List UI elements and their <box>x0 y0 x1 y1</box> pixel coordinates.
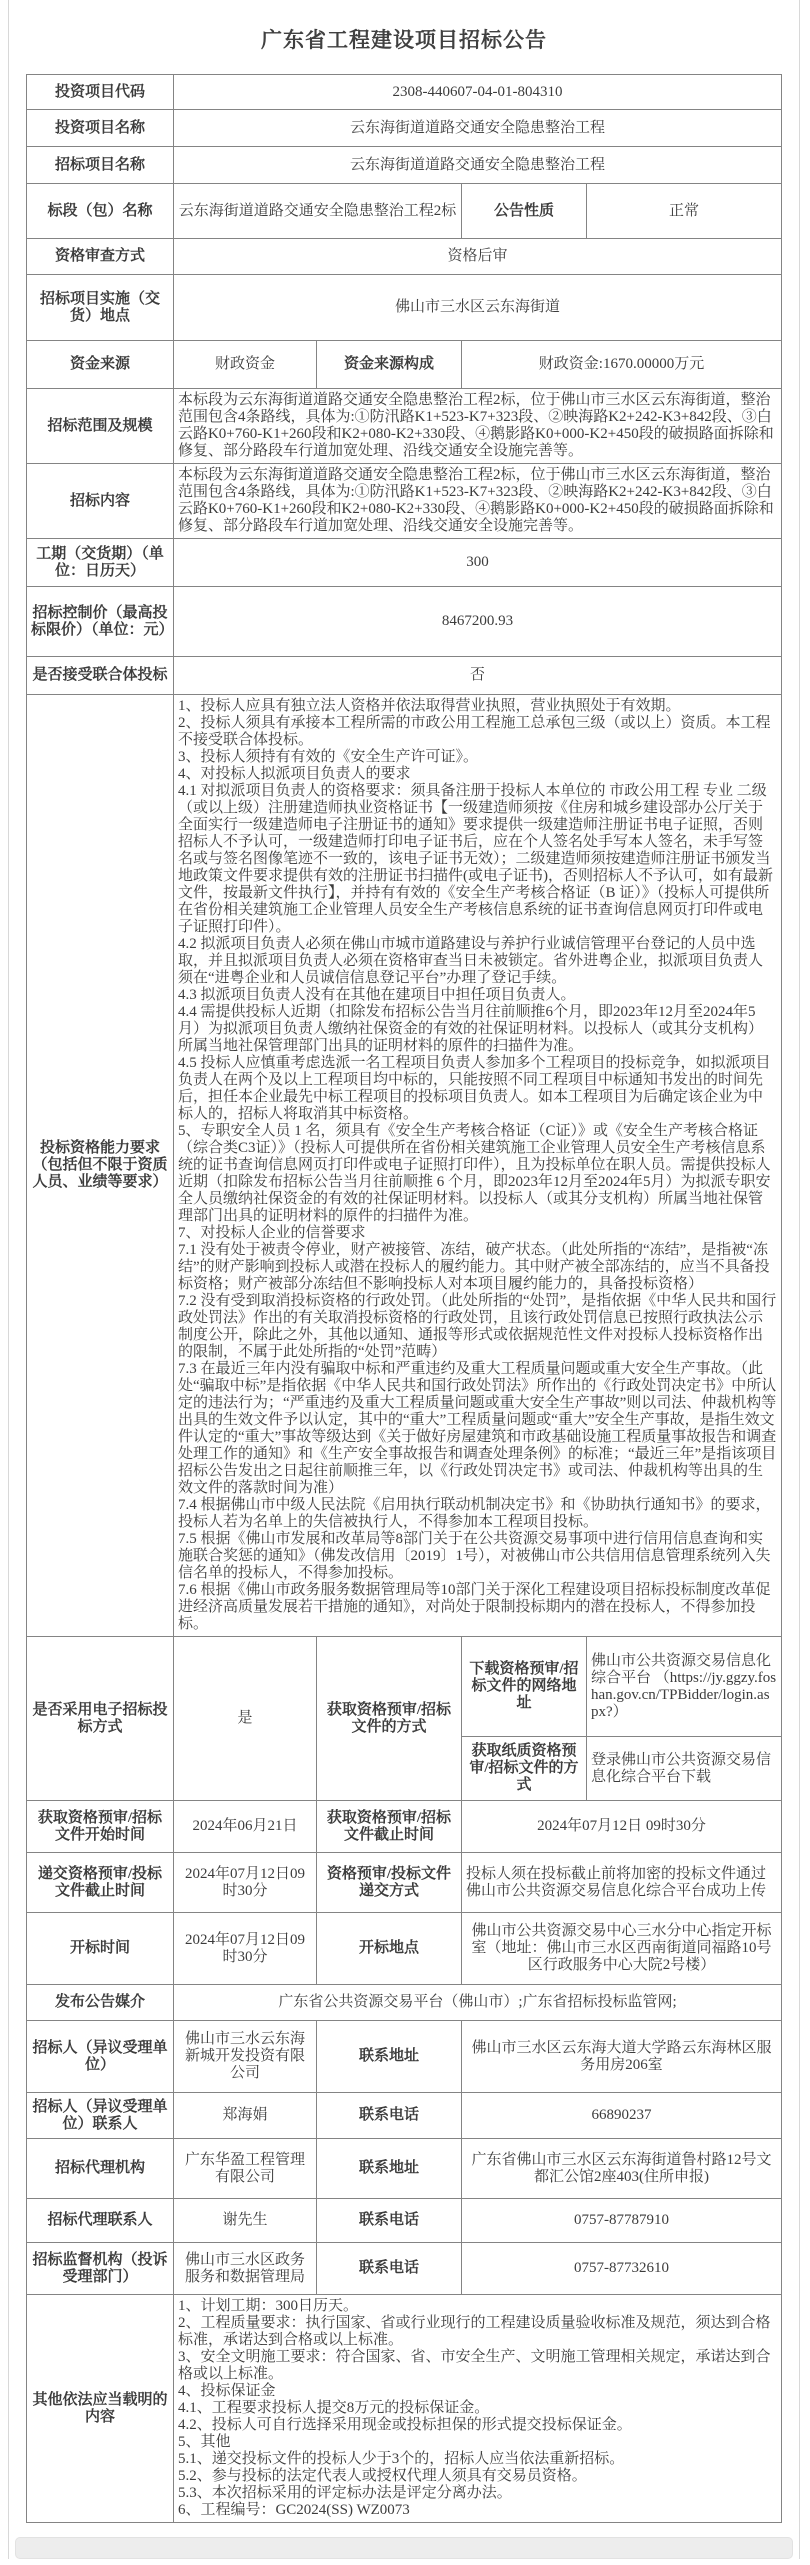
tenderer-addr-value: 佛山市三水区云东海大道大学路云东海林区服务用房206室 <box>461 2021 781 2093</box>
tenderer-addr-label: 联系地址 <box>316 2021 461 2093</box>
invest-name-label: 投资项目名称 <box>26 110 173 147</box>
table-row: 招标人（异议受理单位） 佛山市三水云东海新城开发投资有限公司 联系地址 佛山市三… <box>26 2021 781 2093</box>
submit-end-label: 递交资格预审/投标文件截止时间 <box>26 1853 173 1913</box>
obtain-start-value: 2024年06月21日 <box>173 1801 316 1853</box>
agency-phone-label: 联系电话 <box>316 2199 461 2243</box>
submit-method-label: 资格预审/投标文件递交方式 <box>316 1853 461 1913</box>
table-row: 发布公告媒介 广东省公共资源交易平台（佛山市）;广东省招标投标监管网; <box>26 1985 781 2021</box>
qualification-value: 1、投标人应具有独立法人资格并依法取得营业执照，营业执照处于有效期。 2、投标人… <box>173 695 781 1637</box>
page-footer-bar <box>15 2537 793 2559</box>
ceiling-price-value: 8467200.93 <box>173 587 781 657</box>
fund-source-value: 财政资金 <box>173 341 316 389</box>
agency-addr-label: 联系地址 <box>316 2139 461 2199</box>
page-title: 广东省工程建设项目招标公告 <box>9 24 799 54</box>
invest-code-label: 投资项目代码 <box>26 75 173 110</box>
supervisor-phone-label: 联系电话 <box>316 2243 461 2295</box>
notice-nature-value: 正常 <box>586 184 781 239</box>
open-place-value: 佛山市公共资源交易中心三水分中心指定开标室（地址：佛山市三水区西南街道同福路10… <box>461 1913 781 1985</box>
invest-code-value: 2308-440607-04-01-804310 <box>173 75 781 110</box>
submit-method-value: 投标人须在投标截止前将加密的投标文件通过佛山市公共资源交易信息化综合平台成功上传 <box>461 1853 781 1913</box>
table-row: 招标代理联系人 谢先生 联系电话 0757-87787910 <box>26 2199 781 2243</box>
supervisor-phone-value: 0757-87732610 <box>461 2243 781 2295</box>
agency-phone-value: 0757-87787910 <box>461 2199 781 2243</box>
obtain-method-label: 获取资格预审/招标文件的方式 <box>316 1637 461 1801</box>
agency-label: 招标代理机构 <box>26 2139 173 2199</box>
open-time-label: 开标时间 <box>26 1913 173 1985</box>
table-row: 开标时间 2024年07月12日09时30分 开标地点 佛山市公共资源交易中心三… <box>26 1913 781 1985</box>
media-label: 发布公告媒介 <box>26 1985 173 2021</box>
table-row: 招标项目名称 云东海街道道路交通安全隐患整治工程 <box>26 147 781 184</box>
table-row: 资格审查方式 资格后审 <box>26 239 781 275</box>
table-row: 投资项目代码 2308-440607-04-01-804310 <box>26 75 781 110</box>
scope-value: 本标段为云东海街道道路交通安全隐患整治工程2标，位于佛山市三水区云东海街道，整治… <box>173 389 781 464</box>
agency-contact-label: 招标代理联系人 <box>26 2199 173 2243</box>
duration-label: 工期（交货期）（单位：日历天） <box>26 539 173 587</box>
obtain-start-label: 获取资格预审/招标文件开始时间 <box>26 1801 173 1853</box>
tenderer-contact-value: 郑海娟 <box>173 2093 316 2139</box>
paper-method-value: 登录佛山市公共资源交易信息化综合平台下载 <box>586 1737 781 1801</box>
scope-label: 招标范围及规模 <box>26 389 173 464</box>
fund-composition-label: 资金来源构成 <box>316 341 461 389</box>
location-label: 招标项目实施（交货）地点 <box>26 275 173 341</box>
fund-source-label: 资金来源 <box>26 341 173 389</box>
tenderer-contact-label: 招标人（异议受理单位）联系人 <box>26 2093 173 2139</box>
tenderer-value: 佛山市三水云东海新城开发投资有限公司 <box>173 2021 316 2093</box>
table-row: 招标范围及规模 本标段为云东海街道道路交通安全隐患整治工程2标，位于佛山市三水区… <box>26 389 781 464</box>
invest-name-value: 云东海街道道路交通安全隐患整治工程 <box>173 110 781 147</box>
open-place-label: 开标地点 <box>316 1913 461 1985</box>
download-url-label: 下载资格预审/招标文件的网络地址 <box>461 1637 586 1737</box>
qualification-label: 投标资格能力要求（包括但不限于资质人员、业绩等要求） <box>26 695 173 1637</box>
agency-addr-value: 广东省佛山市三水区云东海街道鲁村路12号文都汇公馆2座403(住所申报) <box>461 2139 781 2199</box>
table-row: 工期（交货期）（单位：日历天） 300 <box>26 539 781 587</box>
download-url-value: 佛山市公共资源交易信息化综合平台 （https://jy.ggzy.foshan… <box>586 1637 781 1737</box>
tenderer-phone-value: 66890237 <box>461 2093 781 2139</box>
tender-name-label: 招标项目名称 <box>26 147 173 184</box>
section-name-label: 标段（包）名称 <box>26 184 173 239</box>
other-content-value: 1、计划工期：300日历天。 2、工程质量要求：执行国家、省或行业现行的工程建设… <box>173 2295 781 2523</box>
table-row: 获取资格预审/招标文件开始时间 2024年06月21日 获取资格预审/招标文件截… <box>26 1801 781 1853</box>
table-row: 递交资格预审/投标文件截止时间 2024年07月12日09时30分 资格预审/投… <box>26 1853 781 1913</box>
announcement-page: 广东省工程建设项目招标公告 投资项目代码 2308-440607-04-01-8… <box>8 0 800 2559</box>
duration-value: 300 <box>173 539 781 587</box>
obtain-end-label: 获取资格预审/招标文件截止时间 <box>316 1801 461 1853</box>
electronic-bid-value: 是 <box>173 1637 316 1801</box>
table-row: 是否接受联合体投标 否 <box>26 657 781 695</box>
section-name-value: 云东海街道道路交通安全隐患整治工程2标 <box>173 184 461 239</box>
notice-nature-label: 公告性质 <box>461 184 586 239</box>
table-row: 招标控制价（最高投标限价）（单位：元） 8467200.93 <box>26 587 781 657</box>
table-row: 其他依法应当载明的内容 1、计划工期：300日历天。 2、工程质量要求：执行国家… <box>26 2295 781 2523</box>
table-row: 是否采用电子招标投标方式 是 获取资格预审/招标文件的方式 下载资格预审/招标文… <box>26 1637 781 1737</box>
table-row: 招标代理机构 广东华盈工程管理有限公司 联系地址 广东省佛山市三水区云东海街道鲁… <box>26 2139 781 2199</box>
tenderer-label: 招标人（异议受理单位） <box>26 2021 173 2093</box>
content-value: 本标段为云东海街道道路交通安全隐患整治工程2标，位于佛山市三水区云东海街道，整治… <box>173 464 781 539</box>
media-value: 广东省公共资源交易平台（佛山市）;广东省招标投标监管网; <box>173 1985 781 2021</box>
table-row: 投资项目名称 云东海街道道路交通安全隐患整治工程 <box>26 110 781 147</box>
supervisor-value: 佛山市三水区政务服务和数据管理局 <box>173 2243 316 2295</box>
fund-composition-value: 财政资金:1670.00000万元 <box>461 341 781 389</box>
open-time-value: 2024年07月12日09时30分 <box>173 1913 316 1985</box>
announcement-table: 投资项目代码 2308-440607-04-01-804310 投资项目名称 云… <box>26 74 782 2523</box>
tender-name-value: 云东海街道道路交通安全隐患整治工程 <box>173 147 781 184</box>
joint-bid-label: 是否接受联合体投标 <box>26 657 173 695</box>
joint-bid-value: 否 <box>173 657 781 695</box>
ceiling-price-label: 招标控制价（最高投标限价）（单位：元） <box>26 587 173 657</box>
agency-value: 广东华盈工程管理有限公司 <box>173 2139 316 2199</box>
table-row: 投标资格能力要求（包括但不限于资质人员、业绩等要求） 1、投标人应具有独立法人资… <box>26 695 781 1637</box>
other-content-label: 其他依法应当载明的内容 <box>26 2295 173 2523</box>
agency-contact-value: 谢先生 <box>173 2199 316 2243</box>
content-label: 招标内容 <box>26 464 173 539</box>
qual-review-label: 资格审查方式 <box>26 239 173 275</box>
table-row: 资金来源 财政资金 资金来源构成 财政资金:1670.00000万元 <box>26 341 781 389</box>
location-value: 佛山市三水区云东海街道 <box>173 275 781 341</box>
table-row: 标段（包）名称 云东海街道道路交通安全隐患整治工程2标 公告性质 正常 <box>26 184 781 239</box>
table-row: 招标人（异议受理单位）联系人 郑海娟 联系电话 66890237 <box>26 2093 781 2139</box>
table-row: 招标项目实施（交货）地点 佛山市三水区云东海街道 <box>26 275 781 341</box>
supervisor-label: 招标监督机构（投诉受理部门） <box>26 2243 173 2295</box>
table-row: 招标监督机构（投诉受理部门） 佛山市三水区政务服务和数据管理局 联系电话 075… <box>26 2243 781 2295</box>
tenderer-phone-label: 联系电话 <box>316 2093 461 2139</box>
paper-method-label: 获取纸质资格预审/招标文件的方式 <box>461 1737 586 1801</box>
electronic-bid-label: 是否采用电子招标投标方式 <box>26 1637 173 1801</box>
table-row: 招标内容 本标段为云东海街道道路交通安全隐患整治工程2标，位于佛山市三水区云东海… <box>26 464 781 539</box>
submit-end-value: 2024年07月12日09时30分 <box>173 1853 316 1913</box>
obtain-end-value: 2024年07月12日 09时30分 <box>461 1801 781 1853</box>
qual-review-value: 资格后审 <box>173 239 781 275</box>
